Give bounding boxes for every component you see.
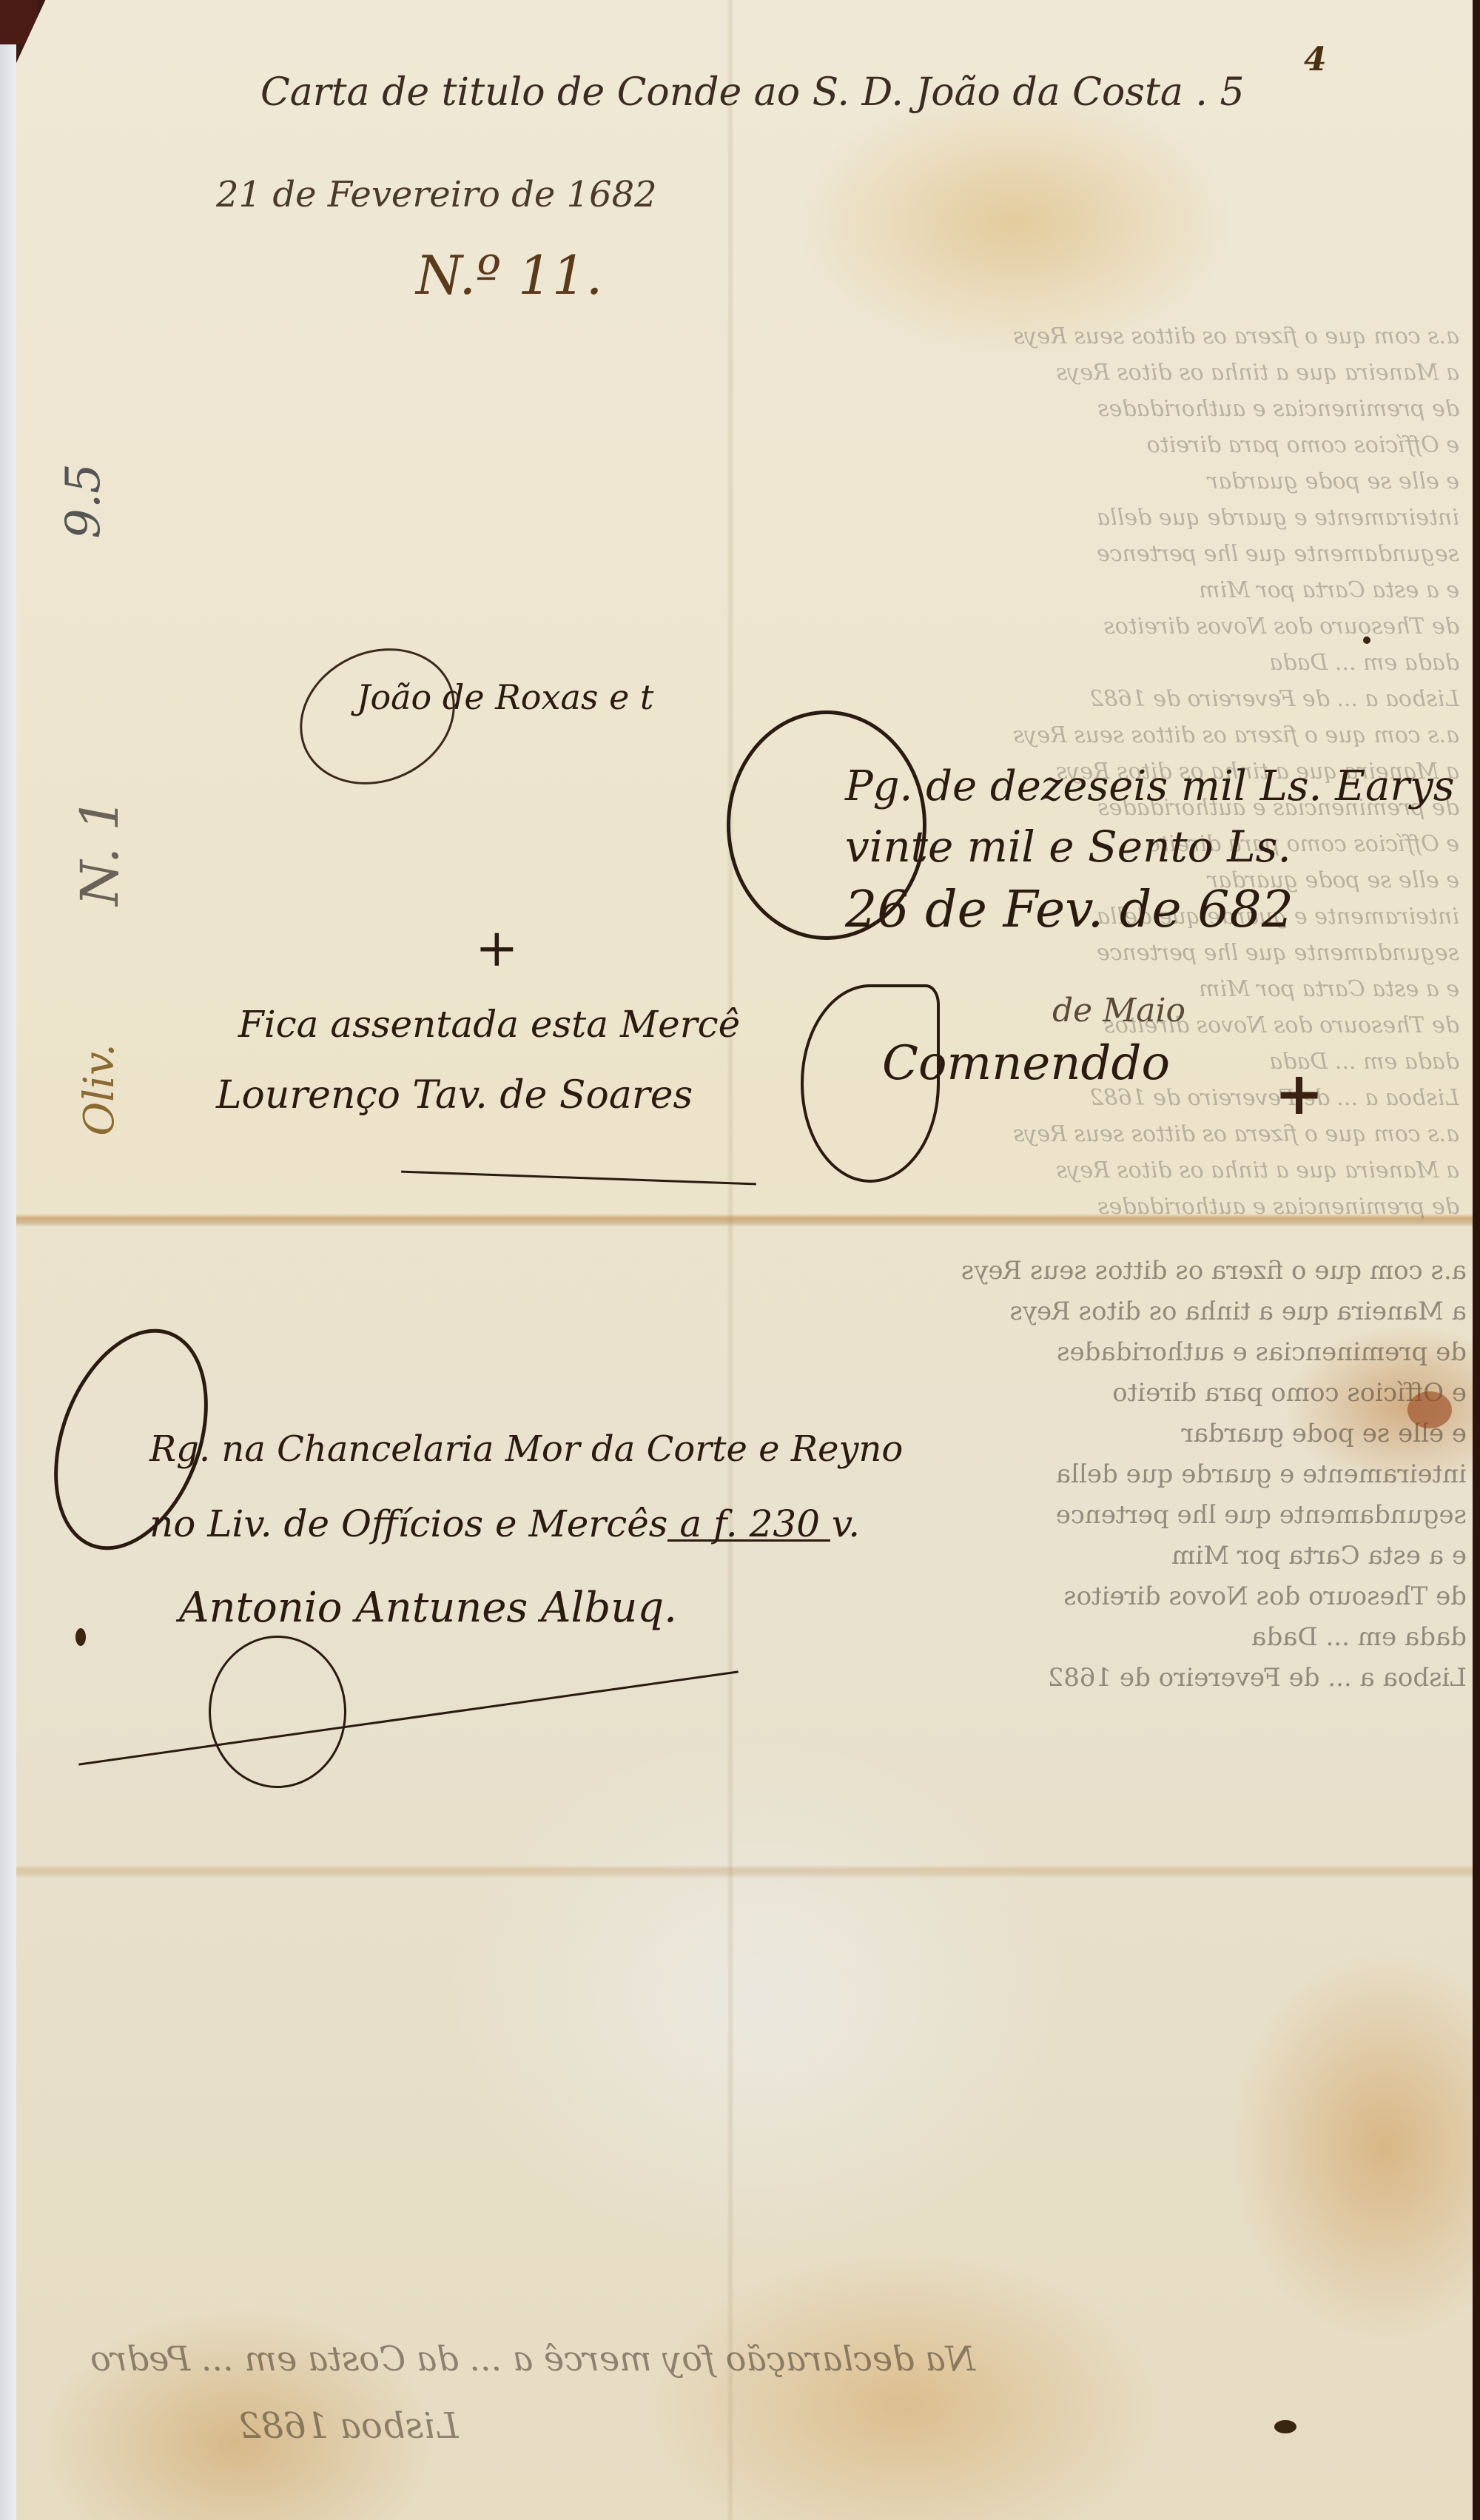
signature-lourenco: Lourenço Tav. de Soares	[216, 1073, 693, 1118]
fica-assentada-line: Fica assentada esta Mercê	[238, 1003, 740, 1046]
signature-strike	[78, 1670, 739, 1765]
ink-blot	[75, 1628, 86, 1646]
document-date: 21 de Fevereiro de 1682	[216, 174, 657, 215]
footer-bleed-through-2: Lisboa 1682	[238, 2405, 459, 2447]
amount-underline	[667, 1539, 830, 1542]
payment-line-2: vinte mil e Sento Ls.	[845, 821, 1291, 872]
speck	[1274, 2420, 1296, 2433]
payment-date: 26 de Fev. de 682	[845, 881, 1294, 939]
footer-bleed-through-1: Na declaração foy mercê a ... da Costa e…	[90, 2339, 975, 2379]
signature-flourish-lower	[209, 1636, 346, 1788]
registo-line-1: Rg. na Chancelaria Mor da Corte e Reyno	[149, 1428, 903, 1470]
signature-comnenddo: Comnenddo	[882, 1036, 1170, 1091]
manuscript-page: a.s com que o fizera os dittos seus Reys…	[16, 0, 1473, 2520]
mount-edge	[0, 44, 16, 2520]
mount-edge-right	[1473, 0, 1480, 2520]
margin-note-oliv: Oliv.	[75, 1044, 124, 1136]
speck	[1363, 636, 1370, 644]
corner-mark: 4	[1304, 41, 1327, 78]
margin-note-folio: 9.5	[56, 463, 111, 539]
rust-stain	[1407, 1391, 1452, 1428]
verso-bleed-through-lower: a.s com que o fizera os dittos seus Reys…	[756, 1251, 1467, 1699]
signature-antonio: Antonio Antunes Albuq.	[179, 1584, 677, 1632]
signature-note: de Maio	[1052, 992, 1185, 1029]
document-title: Carta de titulo de Conde ao S. D. João d…	[260, 70, 1245, 115]
cross-mark-right: +	[1274, 1058, 1324, 1128]
margin-note-number: N. 1	[70, 798, 130, 906]
fold-crease-lower	[16, 1865, 1473, 1878]
payment-line-1: Pg. de dezeseis mil Ls. Earys	[845, 762, 1455, 810]
cross-mark: +	[475, 918, 519, 978]
document-number: N.º 11.	[416, 244, 603, 306]
signature-joao-roxas: João de Roxas e t	[357, 677, 653, 717]
